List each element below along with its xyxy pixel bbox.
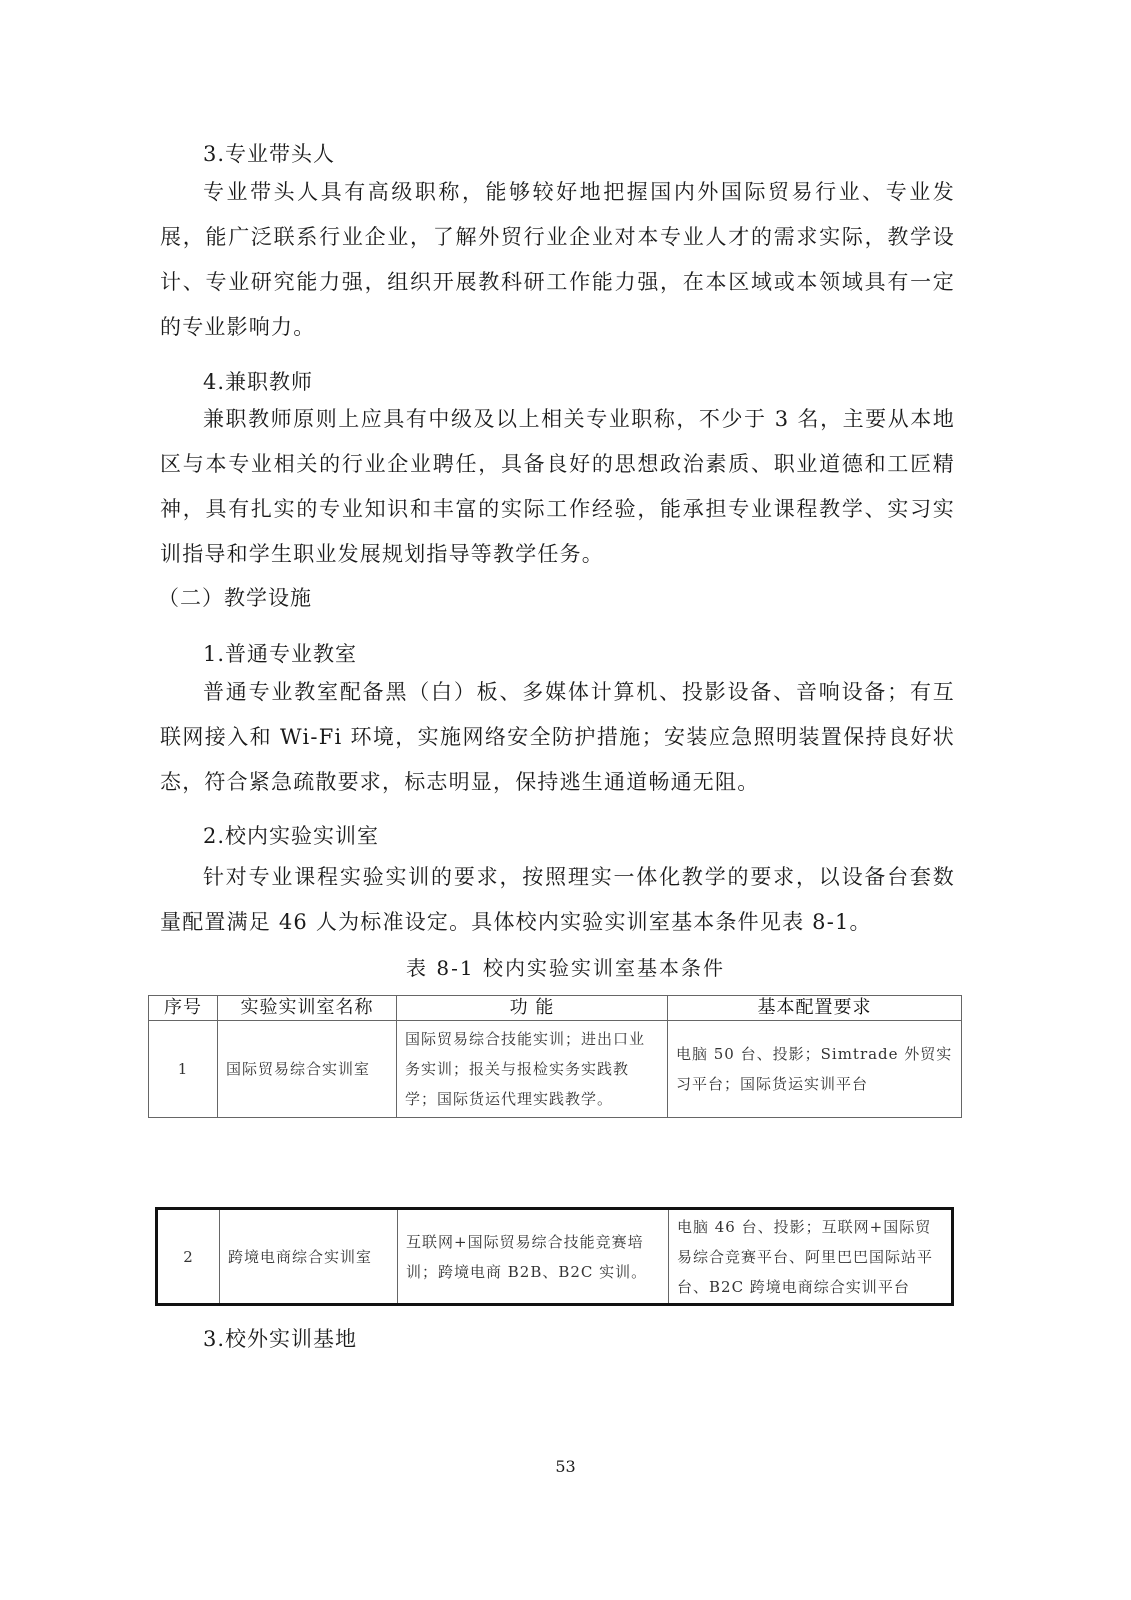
row-no: 2 [157, 1209, 220, 1305]
header-config: 基本配置要求 [668, 996, 962, 1021]
row-name: 国际贸易综合实训室 [218, 1021, 397, 1118]
heading-labs: 2.校内实验实训室 [203, 820, 379, 850]
row-name: 跨境电商综合实训室 [220, 1209, 398, 1305]
table-caption: 表 8-1 校内实验实训室基本条件 [0, 952, 1131, 981]
heading-teaching-facilities: （二）教学设施 [158, 582, 312, 612]
row-config: 电脑 46 台、投影；互联网+国际贸易综合竞赛平台、阿里巴巴国际站平台、B2C … [669, 1209, 953, 1305]
row-no: 1 [149, 1021, 218, 1118]
page-number: 53 [0, 1457, 1131, 1476]
header-name: 实验实训室名称 [218, 996, 397, 1021]
lab-table-part1: 序号 实验实训室名称 功 能 基本配置要求 1 国际贸易综合实训室 国际贸易综合… [148, 995, 962, 1118]
row-config: 电脑 50 台、投影；Simtrade 外贸实习平台；国际货运实训平台 [668, 1021, 962, 1118]
paragraph-part-time-teachers: 兼职教师原则上应具有中级及以上相关专业职称，不少于 3 名，主要从本地区与本专业… [160, 397, 955, 577]
header-no: 序号 [149, 996, 218, 1021]
row-function: 国际贸易综合技能实训；进出口业务实训；报关与报检实务实践教学；国际货运代理实践教… [397, 1021, 668, 1118]
lab-table-part2: 2 跨境电商综合实训室 互联网+国际贸易综合技能竞赛培训；跨境电商 B2B、B2… [155, 1207, 954, 1306]
heading-part-time-teachers: 4.兼职教师 [203, 366, 313, 396]
heading-external-bases: 3.校外实训基地 [203, 1323, 357, 1353]
heading-professional-leader: 3.专业带头人 [203, 138, 335, 168]
table-header-row: 序号 实验实训室名称 功 能 基本配置要求 [149, 996, 962, 1021]
heading-classrooms: 1.普通专业教室 [203, 638, 357, 668]
header-function: 功 能 [397, 996, 668, 1021]
paragraph-classrooms: 普通专业教室配备黑（白）板、多媒体计算机、投影设备、音响设备；有互联网接入和 W… [160, 670, 955, 805]
table-row: 1 国际贸易综合实训室 国际贸易综合技能实训；进出口业务实训；报关与报检实务实践… [149, 1021, 962, 1118]
row-function: 互联网+国际贸易综合技能竞赛培训；跨境电商 B2B、B2C 实训。 [398, 1209, 669, 1305]
paragraph-labs: 针对专业课程实验实训的要求，按照理实一体化教学的要求，以设备台套数量配置满足 4… [160, 855, 955, 945]
paragraph-professional-leader: 专业带头人具有高级职称，能够较好地把握国内外国际贸易行业、专业发展，能广泛联系行… [160, 170, 955, 350]
table-row: 2 跨境电商综合实训室 互联网+国际贸易综合技能竞赛培训；跨境电商 B2B、B2… [157, 1209, 953, 1305]
